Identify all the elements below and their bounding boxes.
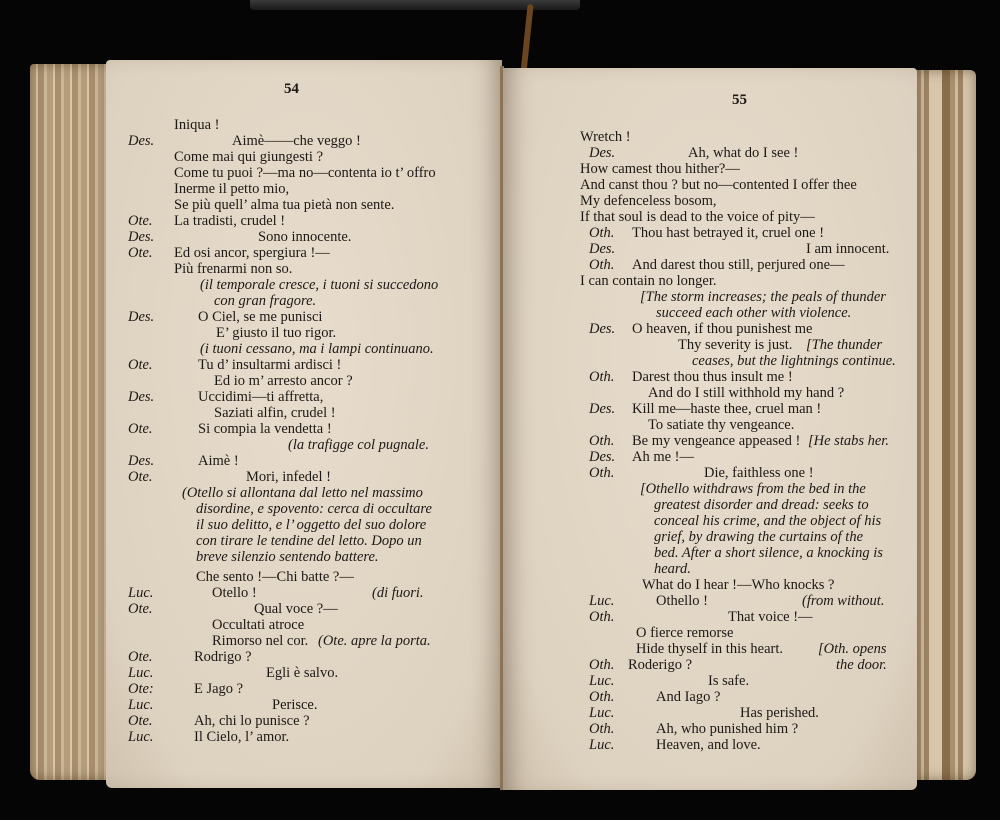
speaker-label: Luc. bbox=[589, 737, 614, 754]
stage-direction: [He stabs her. bbox=[808, 433, 889, 450]
page-edges-left bbox=[30, 64, 108, 780]
dialogue-line: Più frenarmi non so. bbox=[174, 261, 292, 278]
dialogue-line: Occultati atroce bbox=[212, 617, 304, 634]
dialogue-line: Has perished. bbox=[740, 705, 819, 722]
speaker-label: Ote. bbox=[128, 357, 153, 374]
stage-direction: breve silenzio sentendo battere. bbox=[196, 549, 379, 566]
dialogue-line: Tu d’ insultarmi ardisci ! bbox=[198, 357, 341, 374]
dialogue-line: Saziati alfin, crudel ! bbox=[214, 405, 336, 422]
stage-direction: greatest disorder and dread: seeks to bbox=[654, 497, 869, 514]
dialogue-line: And Iago ? bbox=[656, 689, 720, 706]
dialogue-line: Ah, what do I see ! bbox=[688, 145, 798, 162]
dialogue-line: Kill me—haste thee, cruel man ! bbox=[632, 401, 821, 418]
speaker-label: Des. bbox=[128, 389, 154, 406]
dialogue-line: O fierce remorse bbox=[636, 625, 733, 642]
left-page: 54 Iniqua !Des.Aimè——che veggo !Come mai… bbox=[106, 60, 502, 788]
dialogue-line: Che sento !—Chi batte ?— bbox=[196, 569, 354, 586]
dialogue-line: Sono innocente. bbox=[258, 229, 351, 246]
speaker-label: Des. bbox=[128, 309, 154, 326]
dialogue-line: What do I hear !—Who knocks ? bbox=[642, 577, 834, 594]
speaker-label: Ote. bbox=[128, 245, 153, 262]
stage-direction: conceal his crime, and the object of his bbox=[654, 513, 881, 530]
dialogue-line: O Ciel, se me punisci bbox=[198, 309, 322, 326]
dialogue-line: Perisce. bbox=[272, 697, 318, 714]
speaker-label: Ote. bbox=[128, 421, 153, 438]
speaker-label: Ote. bbox=[128, 213, 153, 230]
stage-direction: [Othello withdraws from the bed in the bbox=[640, 481, 866, 498]
speaker-label: Ote. bbox=[128, 649, 153, 666]
dialogue-line: And do I still withhold my hand ? bbox=[648, 385, 844, 402]
page-number-left: 54 bbox=[284, 81, 299, 98]
speaker-label: Oth. bbox=[589, 721, 614, 738]
stage-direction: ceases, but the lightnings continue. bbox=[692, 353, 896, 370]
dialogue-line: La tradisti, crudel ! bbox=[174, 213, 285, 230]
bookmark-cord bbox=[520, 4, 533, 74]
stage-direction: (il temporale cresce, i tuoni si succedo… bbox=[200, 277, 438, 294]
dialogue-line: Come tu puoi ?—ma no—contenta io t’ offr… bbox=[174, 165, 436, 182]
speaker-label: Ote: bbox=[128, 681, 154, 698]
dialogue-line: Egli è salvo. bbox=[266, 665, 338, 682]
stage-direction: succeed each other with violence. bbox=[656, 305, 851, 322]
speaker-label: Des. bbox=[589, 401, 615, 418]
speaker-label: Oth. bbox=[589, 609, 614, 626]
speaker-label: Ote. bbox=[128, 469, 153, 486]
stage-direction: (Ote. apre la porta. bbox=[318, 633, 431, 650]
speaker-label: Des. bbox=[128, 229, 154, 246]
dialogue-line: How camest thou hither?— bbox=[580, 161, 740, 178]
stage-direction: con tirare le tendine del letto. Dopo un bbox=[196, 533, 422, 550]
dialogue-line: Darest thou thus insult me ! bbox=[632, 369, 793, 386]
speaker-label: Des. bbox=[589, 321, 615, 338]
dialogue-line: Thou hast betrayed it, cruel one ! bbox=[632, 225, 824, 242]
dialogue-line: Rodrigo ? bbox=[194, 649, 252, 666]
stage-direction: the door. bbox=[836, 657, 887, 674]
stage-direction: (i tuoni cessano, ma i lampi continuano. bbox=[200, 341, 434, 358]
dialogue-line: Ah, who punished him ? bbox=[656, 721, 798, 738]
speaker-label: Luc. bbox=[589, 705, 614, 722]
stage-direction: con gran fragore. bbox=[214, 293, 316, 310]
stage-direction: grief, by drawing the curtains of the bbox=[654, 529, 863, 546]
right-page: 55 Wretch !Des.Ah, what do I see !How ca… bbox=[503, 68, 917, 790]
dialogue-line: Is safe. bbox=[708, 673, 749, 690]
dialogue-line: That voice !— bbox=[728, 609, 813, 626]
dialogue-line: E’ giusto il tuo rigor. bbox=[216, 325, 336, 342]
dialogue-line: Rimorso nel cor. bbox=[212, 633, 308, 650]
dialogue-line: Iniqua ! bbox=[174, 117, 220, 134]
dialogue-line: Mori, infedel ! bbox=[246, 469, 331, 486]
dialogue-line: Si compia la vendetta ! bbox=[198, 421, 332, 438]
speaker-label: Des. bbox=[589, 241, 615, 258]
stage-direction: (di fuori. bbox=[372, 585, 424, 602]
speaker-label: Ote. bbox=[128, 713, 153, 730]
dialogue-line: Uccidimi—ti affretta, bbox=[198, 389, 323, 406]
dialogue-line: Aimè——che veggo ! bbox=[232, 133, 361, 150]
speaker-label: Luc. bbox=[128, 729, 153, 746]
dialogue-line: Inerme il petto mio, bbox=[174, 181, 289, 198]
dialogue-line: Othello ! bbox=[656, 593, 708, 610]
dialogue-line: Wretch ! bbox=[580, 129, 631, 146]
speaker-label: Oth. bbox=[589, 657, 614, 674]
page-number-right: 55 bbox=[732, 92, 747, 109]
dialogue-line: Aimè ! bbox=[198, 453, 239, 470]
stage-direction: (Otello si allontana dal letto nel massi… bbox=[182, 485, 423, 502]
stage-direction: [The storm increases; the peals of thund… bbox=[640, 289, 886, 306]
dialogue-line: Hide thyself in this heart. bbox=[636, 641, 783, 658]
stage-direction: disordine, e spovento: cerca di occultar… bbox=[196, 501, 432, 518]
dialogue-line: Il Cielo, l’ amor. bbox=[194, 729, 289, 746]
speaker-label: Ote. bbox=[128, 601, 153, 618]
speaker-label: Luc. bbox=[589, 673, 614, 690]
speaker-label: Des. bbox=[589, 145, 615, 162]
dialogue-line: Ah, chi lo punisce ? bbox=[194, 713, 310, 730]
dialogue-line: E Jago ? bbox=[194, 681, 243, 698]
stage-direction: (from without. bbox=[802, 593, 884, 610]
dialogue-line: Die, faithless one ! bbox=[704, 465, 814, 482]
dialogue-line: If that soul is dead to the voice of pit… bbox=[580, 209, 815, 226]
dialogue-line: My defenceless bosom, bbox=[580, 193, 717, 210]
speaker-label: Des. bbox=[128, 453, 154, 470]
speaker-label: Luc. bbox=[128, 585, 153, 602]
speaker-label: Luc. bbox=[128, 665, 153, 682]
dialogue-line: Ed io m’ arresto ancor ? bbox=[214, 373, 353, 390]
dialogue-line: Ed osi ancor, spergiura !— bbox=[174, 245, 330, 262]
dialogue-line: To satiate thy vengeance. bbox=[648, 417, 794, 434]
dialogue-line: Thy severity is just. bbox=[678, 337, 792, 354]
speaker-label: Oth. bbox=[589, 369, 614, 386]
speaker-label: Des. bbox=[589, 449, 615, 466]
dialogue-line: Roderigo ? bbox=[628, 657, 692, 674]
dialogue-line: Ah me !— bbox=[632, 449, 694, 466]
speaker-label: Oth. bbox=[589, 689, 614, 706]
speaker-label: Oth. bbox=[589, 225, 614, 242]
stage-direction: [Oth. opens bbox=[818, 641, 886, 658]
dialogue-line: Come mai qui giungesti ? bbox=[174, 149, 323, 166]
dialogue-line: O heaven, if thou punishest me bbox=[632, 321, 812, 338]
speaker-label: Oth. bbox=[589, 465, 614, 482]
stage-direction: heard. bbox=[654, 561, 691, 578]
speaker-label: Luc. bbox=[589, 593, 614, 610]
dialogue-line: I am innocent. bbox=[806, 241, 889, 258]
speaker-label: Oth. bbox=[589, 433, 614, 450]
stage-direction: [The thunder bbox=[806, 337, 882, 354]
stage-direction: (la trafigge col pugnale. bbox=[288, 437, 429, 454]
dialogue-line: I can contain no longer. bbox=[580, 273, 717, 290]
speaker-label: Luc. bbox=[128, 697, 153, 714]
speaker-label: Des. bbox=[128, 133, 154, 150]
speaker-label: Oth. bbox=[589, 257, 614, 274]
dialogue-line: Se più quell’ alma tua pietà non sente. bbox=[174, 197, 394, 214]
stage-direction: il suo delitto, e l’ oggetto del suo dol… bbox=[196, 517, 426, 534]
dialogue-line: And darest thou still, perjured one— bbox=[632, 257, 845, 274]
page-edges-right bbox=[916, 70, 976, 780]
dialogue-line: Otello ! bbox=[212, 585, 257, 602]
dialogue-line: Be my vengeance appeased ! bbox=[632, 433, 800, 450]
dialogue-line: Heaven, and love. bbox=[656, 737, 761, 754]
dialogue-line: And canst thou ? but no—contented I offe… bbox=[580, 177, 857, 194]
dialogue-line: Qual voce ?— bbox=[254, 601, 338, 618]
stage-direction: bed. After a short silence, a knocking i… bbox=[654, 545, 883, 562]
